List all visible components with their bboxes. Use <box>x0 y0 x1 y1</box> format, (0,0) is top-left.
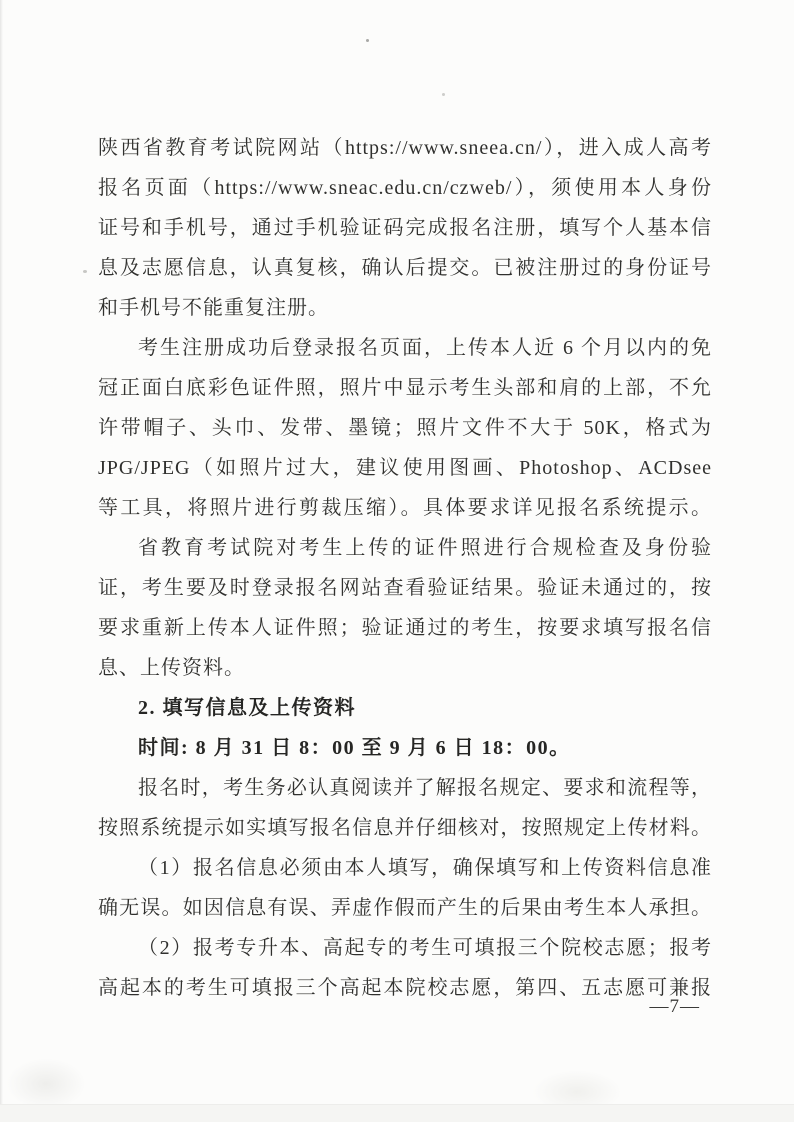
paragraph-line: 证，考生要及时登录报名网站查看验证结果。验证未通过的，按 <box>98 568 712 608</box>
paragraph-line: 等工具，将照片进行剪裁压缩）。具体要求详见报名系统提示。 <box>98 488 712 528</box>
scan-bottom-strip <box>0 1104 794 1122</box>
paragraph-line: 报名页面（https://www.sneac.edu.cn/czweb/），须使… <box>98 168 712 208</box>
paragraph-line: 确无误。如因信息有误、弄虚作假而产生的后果由考生本人承担。 <box>98 888 712 928</box>
paragraph-line: （2）报考专升本、高起专的考生可填报三个院校志愿；报考 <box>98 928 712 968</box>
paragraph-line: 冠正面白底彩色证件照，照片中显示考生头部和肩的上部，不允 <box>98 368 712 408</box>
section-time-line: 时间: 8 月 31 日 8：00 至 9 月 6 日 18：00。 <box>98 728 712 768</box>
paragraph-line: 高起本的考生可填报三个高起本院校志愿，第四、五志愿可兼报 <box>98 968 712 1008</box>
paragraph-line: JPG/JPEG（如照片过大，建议使用图画、Photoshop、ACDsee <box>98 448 712 488</box>
section-heading: 2. 填写信息及上传资料 <box>98 688 712 728</box>
paragraph-line: 息及志愿信息，认真复核，确认后提交。已被注册过的身份证号 <box>98 248 712 288</box>
paragraph-line: 按照系统提示如实填写报名信息并仔细核对，按照规定上传材料。 <box>98 808 712 848</box>
paragraph-line: 息、上传资料。 <box>98 648 712 688</box>
paragraph-line: （1）报名信息必须由本人填写，确保填写和上传资料信息准 <box>98 848 712 888</box>
page-number: —7— <box>650 996 701 1018</box>
scan-edge-shadow <box>0 0 3 1122</box>
scanned-document-page: 陕西省教育考试院网站（https://www.sneea.cn/），进入成人高考… <box>0 0 794 1122</box>
ink-speck <box>366 39 369 42</box>
document-body: 陕西省教育考试院网站（https://www.sneea.cn/），进入成人高考… <box>98 128 712 1008</box>
paragraph-line: 报名时，考生务必认真阅读并了解报名规定、要求和流程等， <box>98 768 712 808</box>
ink-speck <box>83 270 87 273</box>
paragraph-line: 考生注册成功后登录报名页面，上传本人近 6 个月以内的免 <box>98 328 712 368</box>
ink-speck <box>442 93 445 96</box>
paragraph-line: 省教育考试院对考生上传的证件照进行合规检查及身份验 <box>98 528 712 568</box>
paragraph-line: 和手机号不能重复注册。 <box>98 288 712 328</box>
paragraph-line: 证号和手机号，通过手机验证码完成报名注册，填写个人基本信 <box>98 208 712 248</box>
paragraph-line: 许带帽子、头巾、发带、墨镜；照片文件不大于 50K，格式为 <box>98 408 712 448</box>
paragraph-line: 陕西省教育考试院网站（https://www.sneea.cn/），进入成人高考 <box>98 128 712 168</box>
paragraph-line: 要求重新上传本人证件照；验证通过的考生，按要求填写报名信 <box>98 608 712 648</box>
scan-smudge <box>6 1058 86 1110</box>
